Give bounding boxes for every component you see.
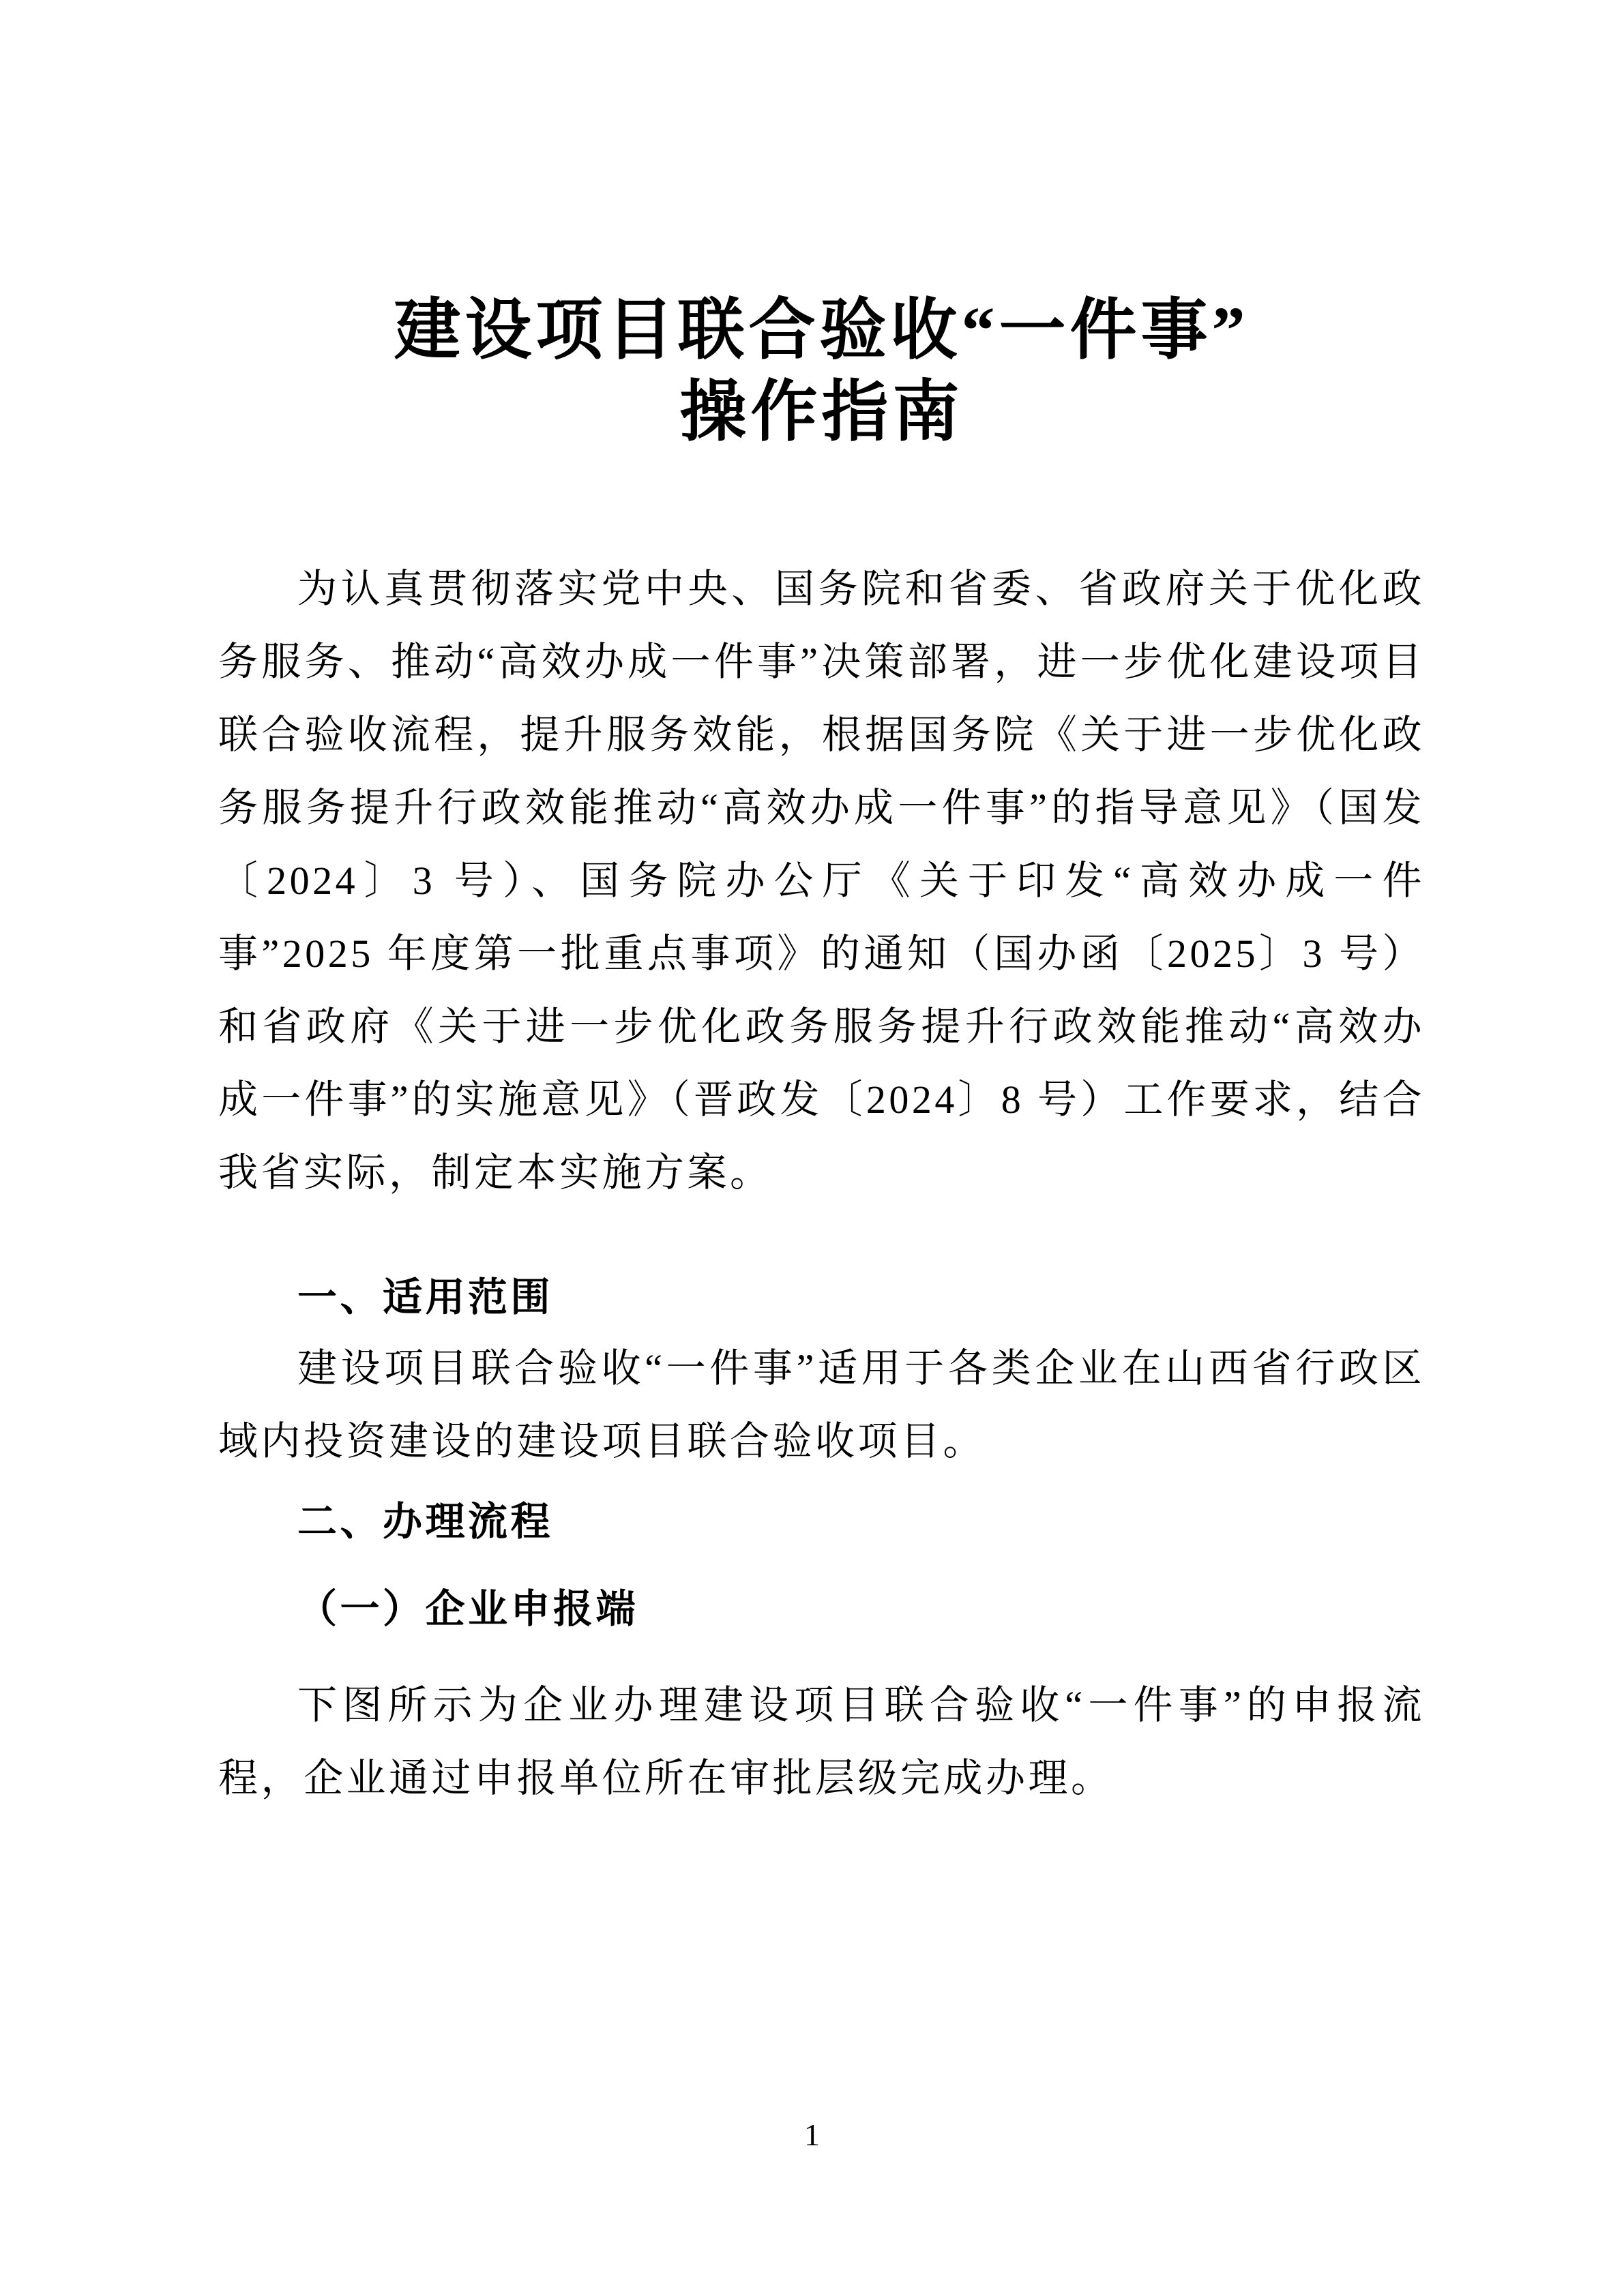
- heading-process: 二、办理流程: [218, 1488, 1425, 1556]
- document-title: 建设项目联合验收“一件事” 操作指南: [218, 290, 1425, 453]
- intro-paragraph: 为认真贯彻落实党中央、国务院和省委、省政府关于优化政务服务、推动“高效办成一件事…: [218, 552, 1425, 1209]
- heading-enterprise-declaration: （一）企业申报端: [218, 1575, 1425, 1643]
- document-title-line1: 建设项目联合验收“一件事”: [218, 290, 1425, 372]
- scope-paragraph: 建设项目联合验收“一件事”适用于各类企业在山西省行政区域内投资建设的建设项目联合…: [218, 1332, 1425, 1478]
- document-title-line2: 操作指南: [218, 372, 1425, 453]
- document-page: 建设项目联合验收“一件事” 操作指南 为认真贯彻落实党中央、国务院和省委、省政府…: [0, 0, 1624, 2296]
- enterprise-declaration-paragraph: 下图所示为企业办理建设项目联合验收“一件事”的申报流程，企业通过申报单位所在审批…: [218, 1669, 1425, 1815]
- heading-scope: 一、适用范围: [218, 1264, 1425, 1332]
- page-number: 1: [0, 2119, 1624, 2151]
